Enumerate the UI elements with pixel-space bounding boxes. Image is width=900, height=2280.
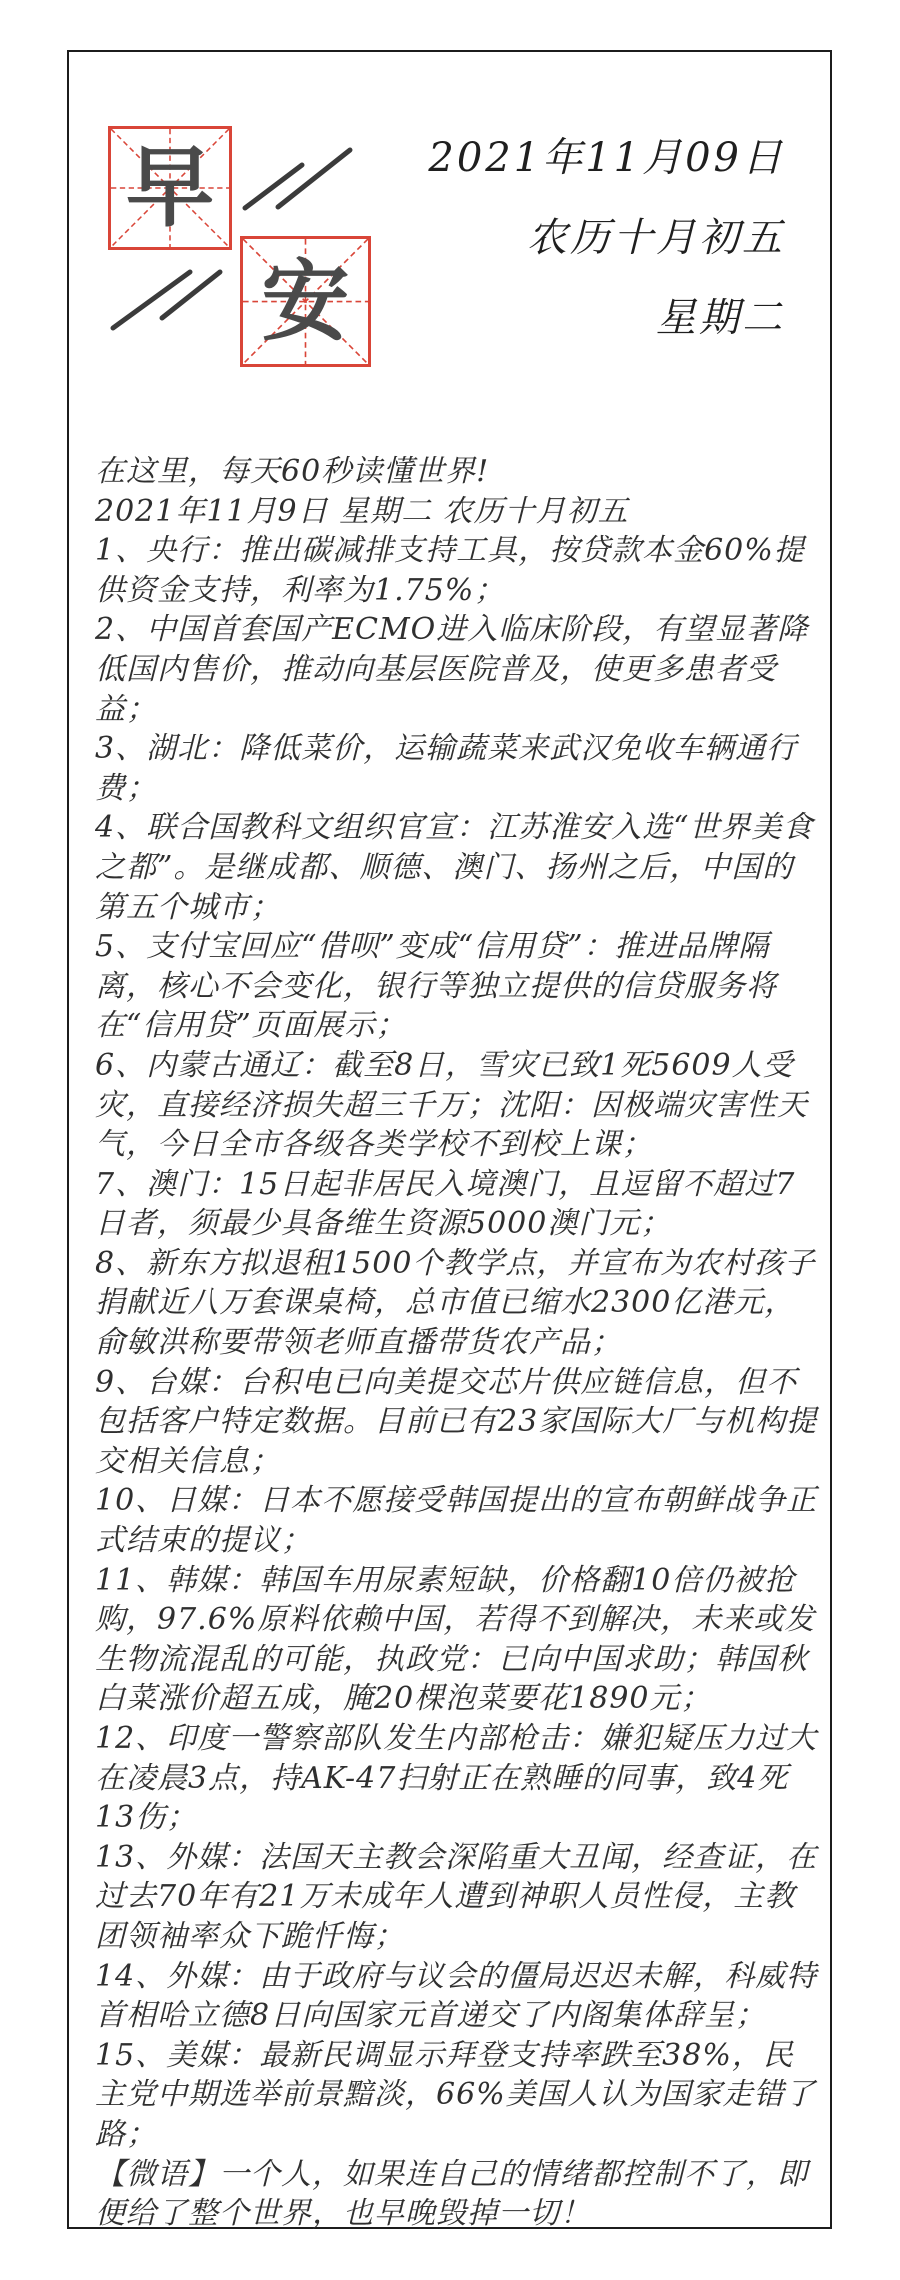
news-item-4: 4、联合国教科文组织官宣：江苏淮安入选“世界美食之都”。是继成都、顺德、澳门、扬…: [95, 808, 823, 927]
news-body: 在这里，每天60秒读懂世界! 2021年11月9日 星期二 农历十月初五 1、央…: [95, 452, 823, 2234]
news-item-6: 6、内蒙古通辽：截至8日，雪灾已致1死5609人受灾，直接经济损失超三千万；沈阳…: [95, 1046, 823, 1165]
news-item-15: 15、美媒：最新民调显示拜登支持率跌至38%，民主党中期选举前景黯淡，66%美国…: [95, 2036, 823, 2155]
date-line: 2021年11月09日: [428, 118, 785, 198]
news-item-3: 3、湖北：降低菜价，运输蔬菜来武汉免收车辆通行费；: [95, 729, 823, 808]
news-item-10: 10、日媒：日本不愿接受韩国提出的宣布朝鲜战争正式结束的提议；: [95, 1481, 823, 1560]
news-item-2: 2、中国首套国产ECMO进入临床阶段，有望显著降低国内售价，推动向基层医院普及，…: [95, 610, 823, 729]
slash-decoration-icon: [90, 120, 380, 350]
intro-date-line: 2021年11月9日 星期二 农历十月初五: [95, 492, 823, 532]
news-item-7: 7、澳门：15日起非居民入境澳门，且逗留不超过7日者，须最少具备维生资源5000…: [95, 1165, 823, 1244]
news-item-9: 9、台媒：台积电已向美提交芯片供应链信息，但不包括客户特定数据。目前已有23家国…: [95, 1363, 823, 1482]
date-block: 2021年11月09日 农历十月初五 星期二: [428, 118, 785, 358]
weekday-line: 星期二: [428, 278, 785, 358]
news-item-11: 11、韩媒：韩国车用尿素短缺，价格翻10倍仍被抢购，97.6%原料依赖中国，若得…: [95, 1561, 823, 1719]
weiyu-quote: 【微语】一个人，如果连自己的情绪都控制不了，即便给了整个世界，也早晚毁掉一切！: [95, 2155, 823, 2234]
intro-tagline: 在这里，每天60秒读懂世界!: [95, 452, 823, 492]
news-item-8: 8、新东方拟退租1500个教学点，并宣布为农村孩子捐献近八万套课桌椅，总市值已缩…: [95, 1244, 823, 1363]
morning-news-card: 早 安 2021年11月09日 农历十月初五 星期二 在这里，每天60秒读懂世界…: [0, 0, 900, 2280]
news-item-14: 14、外媒：由于政府与议会的僵局迟迟未解，科威特首相哈立德8日向国家元首递交了内…: [95, 1957, 823, 2036]
news-item-1: 1、央行：推出碳减排支持工具，按贷款本金60%提供资金支持，利率为1.75%；: [95, 531, 823, 610]
news-item-5: 5、支付宝回应“借呗”变成“信用贷”：推进品牌隔离，核心不会变化，银行等独立提供…: [95, 927, 823, 1046]
news-item-13: 13、外媒：法国天主教会深陷重大丑闻，经查证，在过去70年有21万未成年人遭到神…: [95, 1838, 823, 1957]
lunar-date-line: 农历十月初五: [428, 198, 785, 278]
news-item-12: 12、印度一警察部队发生内部枪击：嫌犯疑压力过大在凌晨3点，持AK-47扫射正在…: [95, 1719, 823, 1838]
